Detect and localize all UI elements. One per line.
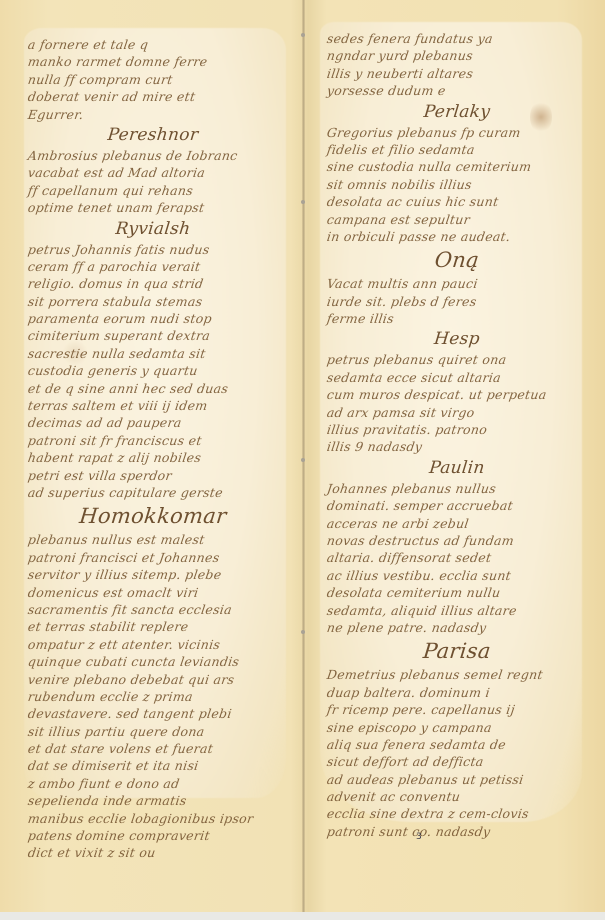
manuscript-line: illius pravitatis. patrono: [326, 421, 588, 438]
manuscript-line: Ambrosius plebanus de Iobranc: [27, 147, 279, 164]
manuscript-line: ferme illis: [326, 310, 588, 327]
manuscript-line: et de q sine anni hec sed duas: [27, 380, 279, 397]
parish-heading: Oną: [325, 245, 588, 275]
manuscript-line: fidelis et filio sedamta: [326, 141, 588, 158]
parish-heading: Pereshnor: [27, 123, 280, 147]
parish-heading: Ryvialsh: [27, 217, 280, 241]
manuscript-line: doberat venir ad mire ett: [27, 88, 279, 105]
manuscript-line: paramenta eorum nudi stop: [27, 310, 279, 327]
manuscript-line: petrus Johannis fatis nudus: [27, 241, 279, 258]
manuscript-line: plebanus nullus est malest: [27, 531, 279, 548]
manuscript-line: a fornere et tale q: [27, 36, 279, 53]
manuscript-line: yorsesse dudum e: [326, 82, 588, 99]
manuscript-line: cum muros despicat. ut perpetua: [326, 386, 588, 403]
manuscript-line: custodia generis y quartu: [27, 362, 279, 379]
manuscript-line: Johannes plebanus nullus: [326, 480, 588, 497]
manuscript-line: ne plene patre. nadasdy: [326, 619, 588, 636]
manuscript-line: quinque cubati cuncta leviandis: [27, 653, 279, 670]
manuscript-line: ceram ff a parochia verait: [27, 258, 279, 275]
manuscript-line: ad arx pamsa sit virgo: [326, 404, 588, 421]
manuscript-line: devastavere. sed tangent plebi: [27, 705, 279, 722]
manuscript-line: Gregorius plebanus fp curam: [326, 124, 588, 141]
manuscript-line: iurde sit. plebs d feres: [326, 293, 588, 310]
manuscript-line: servitor y illius sitemp. plebe: [27, 566, 279, 583]
manuscript-line: cimiterium superant dextra: [27, 327, 279, 344]
manuscript-line: aliq sua fenera sedamta de: [326, 736, 588, 753]
manuscript-line: dict et vixit z sit ou: [27, 844, 279, 861]
manuscript-line: optime tenet unam ferapst: [27, 199, 279, 216]
manuscript-line: manibus ecclie lobagionibus ipsor: [27, 810, 279, 827]
manuscript-line: terras saltem et viii ij idem: [27, 397, 279, 414]
manuscript-line: ad superius capitulare gerste: [27, 484, 279, 501]
manuscript-line: sacramentis fit sancta ecclesia: [27, 601, 279, 618]
manuscript-line: acceras ne arbi zebul: [326, 515, 588, 532]
manuscript-line: altaria. diffensorat sedet: [326, 549, 588, 566]
manuscript-line: religio. domus in qua strid: [27, 275, 279, 292]
manuscript-line: petri est villa sperdor: [27, 467, 279, 484]
manuscript-line: sit porrera stabula stemas: [27, 293, 279, 310]
manuscript-line: ad audeas plebanus ut petissi: [326, 771, 588, 788]
manuscript-line: et terras stabilit replere: [27, 618, 279, 635]
parish-heading: Paulin: [326, 456, 589, 480]
manuscript-line: patroni sit fr franciscus et: [27, 432, 279, 449]
manuscript-line: sedamta, aliquid illius altare: [326, 602, 588, 619]
manuscript-line: petrus plebanus quiret ona: [326, 351, 588, 368]
manuscript-line: nulla ff compram curt: [27, 71, 279, 88]
manuscript-line: ff capellanum qui rehans: [27, 182, 279, 199]
parish-heading: Hesp: [326, 327, 589, 351]
left-page-text: a fornere et tale qmanko rarmet domne fe…: [28, 36, 278, 862]
parish-heading: Parisa: [325, 636, 588, 666]
right-page: sedes fenera fundatus yangndar yurd pleb…: [305, 0, 605, 912]
manuscript-line: sine episcopo y campana: [326, 719, 588, 736]
manuscript-line: habent rapat z alij nobiles: [27, 449, 279, 466]
manuscript-line: novas destructus ad fundam: [326, 532, 588, 549]
manuscript-line: in orbiculi passe ne audeat.: [326, 228, 588, 245]
left-page: a fornere et tale qmanko rarmet domne fe…: [0, 0, 302, 912]
manuscript-line: campana est sepultur: [326, 211, 588, 228]
manuscript-line: sacrestie nulla sedamta sit: [27, 345, 279, 362]
manuscript-line: domenicus est omaclt viri: [27, 584, 279, 601]
manuscript-line: sedamta ecce sicut altaria: [326, 369, 588, 386]
manuscript-line: dat se dimiserit et ita nisi: [27, 757, 279, 774]
manuscript-line: Egurrer.: [27, 106, 279, 123]
manuscript-line: sit omnis nobilis illius: [326, 176, 588, 193]
manuscript-line: advenit ac conventu: [326, 788, 588, 805]
right-page-text: sedes fenera fundatus yangndar yurd pleb…: [327, 30, 587, 840]
manuscript-line: Demetrius plebanus semel regnt: [326, 666, 588, 683]
manuscript-line: illis y neuberti altares: [326, 65, 588, 82]
manuscript-line: ompatur z ett atenter. vicinis: [27, 636, 279, 653]
manuscript-line: desolata ac cuius hic sunt: [326, 193, 588, 210]
manuscript-line: z ambo fiunt e dono ad: [27, 775, 279, 792]
manuscript-line: ecclia sine dextra z cem-clovis: [326, 805, 588, 822]
manuscript-line: illis 9 nadasdy: [326, 438, 588, 455]
manuscript-line: duap baltera. dominum i: [326, 684, 588, 701]
manuscript-line: fr ricemp pere. capellanus ij: [326, 701, 588, 718]
manuscript-line: sit illius partiu quere dona: [27, 723, 279, 740]
manuscript-line: dominati. semper accruebat: [326, 497, 588, 514]
manuscript-line: patroni francisci et Johannes: [27, 549, 279, 566]
manuscript-line: patens domine compraverit: [27, 827, 279, 844]
manuscript-line: decimas ad ad paupera: [27, 414, 279, 431]
manuscript-line: sicut deffort ad defficta: [326, 753, 588, 770]
manuscript-line: sedes fenera fundatus ya: [326, 30, 588, 47]
manuscript-line: patroni sunt co. nadasdy: [326, 823, 588, 840]
manuscript-line: vacabat est ad Mad altoria: [27, 164, 279, 181]
manuscript-line: ngndar yurd plebanus: [326, 47, 588, 64]
parish-heading: Perlaky: [326, 100, 589, 124]
manuscript-line: manko rarmet domne ferre: [27, 53, 279, 70]
scan-margin: [0, 912, 605, 920]
manuscript-line: ac illius vestibu. ecclia sunt: [326, 567, 588, 584]
manuscript-line: sepelienda inde armatis: [27, 792, 279, 809]
manuscript-line: rubendum ecclie z prima: [27, 688, 279, 705]
manuscript-line: venire plebano debebat qui ars: [27, 671, 279, 688]
manuscript-line: et dat stare volens et fuerat: [27, 740, 279, 757]
manuscript-line: Vacat multis ann pauci: [326, 275, 588, 292]
parish-heading: Homokkomar: [26, 501, 279, 531]
manuscript-line: desolata cemiterium nullu: [326, 584, 588, 601]
manuscript-line: sine custodia nulla cemiterium: [326, 158, 588, 175]
folio-number: 3: [416, 832, 422, 842]
